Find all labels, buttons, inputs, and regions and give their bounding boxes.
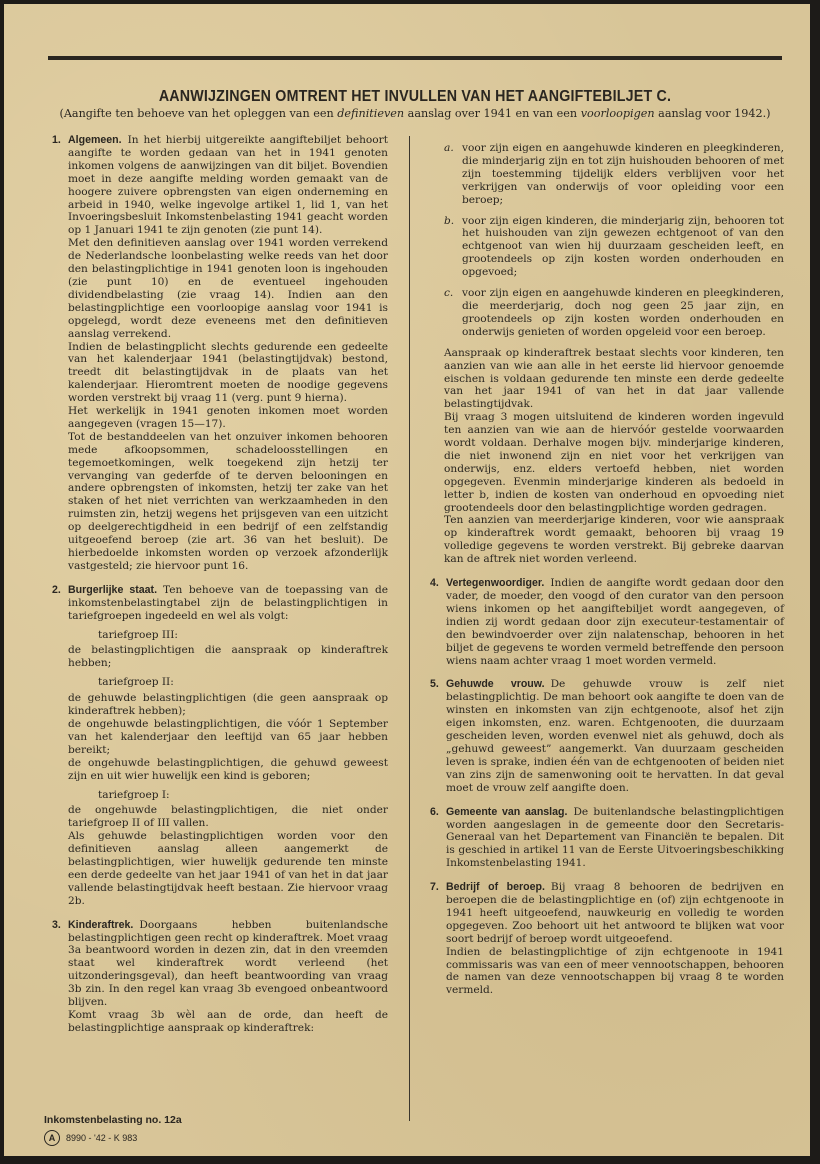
section-heading: Vertegenwoordiger.: [446, 577, 544, 589]
document-page: AANWIJZINGEN OMTRENT HET INVULLEN VAN HE…: [4, 4, 810, 1156]
section-number: 6.: [430, 806, 439, 819]
page-title: AANWIJZINGEN OMTRENT HET INVULLEN VAN HE…: [74, 88, 757, 106]
section-heading: Algemeen.: [68, 134, 122, 146]
section-heading: Gehuwde vrouw.: [446, 678, 545, 690]
tariefgroep-label: tariefgroep III:: [68, 629, 388, 642]
kinderaftrek-continued: Aanspraak op kinderaftrek bestaat slecht…: [444, 347, 784, 566]
form-identifier: Inkomstenbelasting no. 12a: [44, 1114, 182, 1126]
kinderaftrek-condition-a: a. voor zijn eigen en aangehuwde kindere…: [444, 142, 784, 207]
section-number: 1.: [52, 134, 61, 147]
section-number: 5.: [430, 678, 439, 691]
tariefgroep-label: tariefgroep I:: [68, 789, 388, 802]
section-heading: Burgerlijke staat.: [68, 584, 157, 596]
left-column: 1. Algemeen.In het hierbij uitgereikte a…: [52, 134, 388, 1046]
section-number: 4.: [430, 577, 439, 590]
section-bedrijf-of-beroep: 7. Bedrijf of beroep.Bij vraag 8 behoore…: [430, 881, 784, 997]
section-number: 3.: [52, 919, 61, 932]
printer-logo-icon: A: [44, 1130, 60, 1146]
column-divider: [409, 136, 410, 1121]
tariefgroep-label: tariefgroep II:: [68, 676, 388, 689]
print-code: A 8990 - '42 - K 983: [44, 1130, 137, 1146]
page-subtitle: (Aangifte ten behoeve van het opleggen v…: [40, 107, 790, 120]
section-algemeen: 1. Algemeen.In het hierbij uitgereikte a…: [52, 134, 388, 573]
section-kinderaftrek: 3. Kinderaftrek.Doorgaans hebben buitenl…: [52, 919, 388, 1035]
section-heading: Kinderaftrek.: [68, 919, 133, 931]
kinderaftrek-condition-b: b. voor zijn eigen kinderen, die minderj…: [444, 215, 784, 280]
section-gemeente-van-aanslag: 6. Gemeente van aanslag.De buitenlandsch…: [430, 806, 784, 871]
section-heading: Gemeente van aanslag.: [446, 806, 567, 818]
section-number: 2.: [52, 584, 61, 597]
section-heading: Bedrijf of beroep.: [446, 881, 545, 893]
scan-border: [810, 0, 820, 1164]
section-gehuwde-vrouw: 5. Gehuwde vrouw.De gehuwde vrouw is zel…: [430, 678, 784, 794]
top-rule: [48, 56, 782, 60]
section-number: 7.: [430, 881, 439, 894]
section-burgerlijke-staat: 2. Burgerlijke staat.Ten behoeve van de …: [52, 584, 388, 908]
section-vertegenwoordiger: 4. Vertegenwoordiger.Indien de aangifte …: [430, 577, 784, 667]
right-column: a. voor zijn eigen en aangehuwde kindere…: [444, 142, 784, 1008]
kinderaftrek-condition-c: c. voor zijn eigen en aangehuwde kindere…: [444, 287, 784, 339]
